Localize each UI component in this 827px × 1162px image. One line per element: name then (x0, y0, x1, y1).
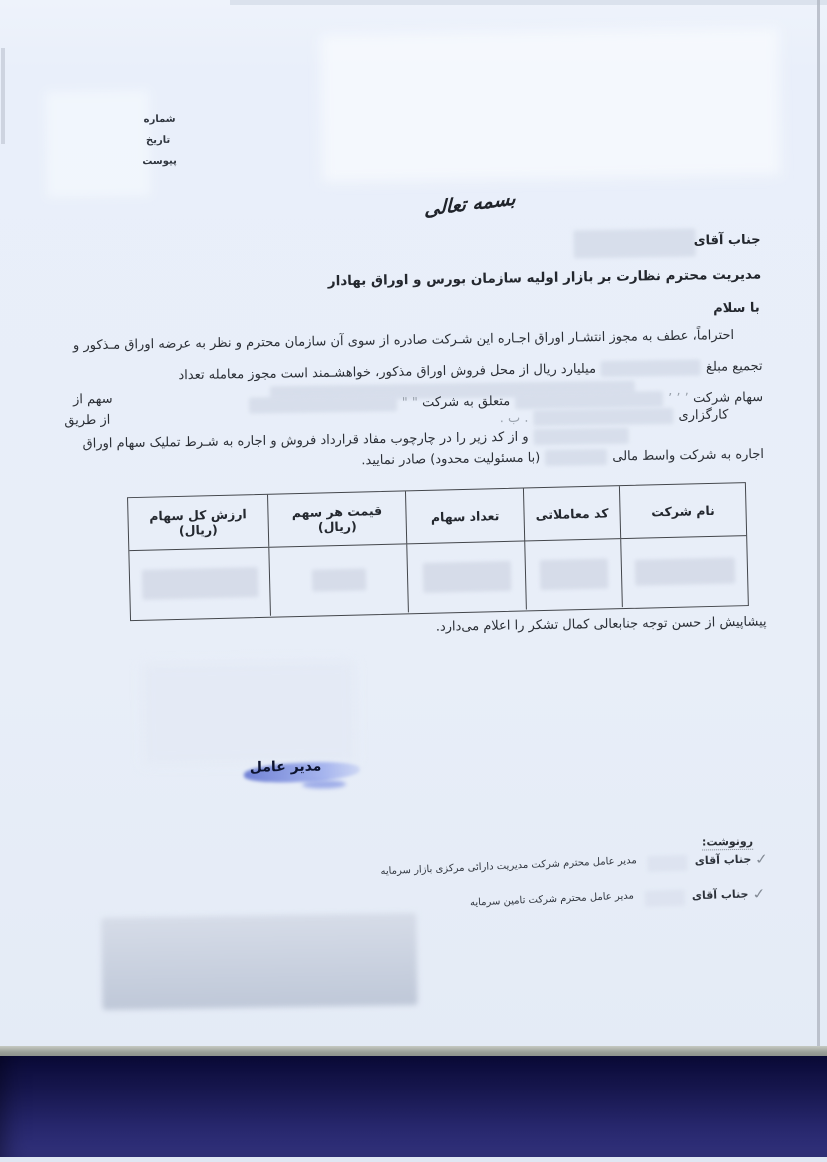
copy2-name-redaction (645, 890, 686, 907)
body-line-1: احتراماً، عطف به مجوز انتشـار اوراق اجـا… (73, 328, 734, 353)
letterhead-redaction (320, 28, 780, 182)
brokerage-redaction (533, 408, 673, 426)
copy-item-1: ✓ جناب آقای مدیر عامل محترم شرکت مدیریت … (380, 852, 767, 881)
col-header-share-count: تعداد سهام (405, 489, 524, 544)
company1-redaction (515, 391, 663, 409)
recipient-name-redaction (573, 229, 695, 259)
recipient-salutation: جناب آقای (694, 233, 761, 249)
body-line2-tail: سهم از (73, 392, 113, 408)
cell-redaction (634, 557, 735, 585)
bismillah-calligraphy: بسمه تعالی (415, 186, 525, 221)
checkmark-icon: ✓ (751, 886, 768, 903)
silver-strip (0, 1046, 827, 1056)
signature-title: مدیر عامل (250, 758, 322, 775)
label-attachment: پیوست (142, 156, 177, 168)
stamp-area-redaction (101, 913, 417, 1010)
body-line3-quotes: " " (402, 395, 418, 410)
company2-redaction (249, 395, 397, 413)
scanned-letter-page: شماره تاریخ پیوست بسمه تعالی جناب آقای م… (0, 0, 827, 1162)
body-line-5: و از کد زیر را در چارچوب مفاد قرارداد فر… (82, 428, 633, 453)
cell-price-per-share (268, 544, 408, 615)
body-line4-faint: . ب . (500, 411, 529, 426)
body-line6-lead: اجاره به شرکت واسط مالی (612, 447, 764, 464)
body-line2-lead: تجمیع مبلغ (706, 359, 763, 375)
body-line-2: تجمیع مبلغمیلیارد ریال از محل فروش اوراق… (178, 358, 762, 383)
cell-total-value (129, 548, 270, 619)
signature-redaction (142, 661, 356, 764)
copy1-name-redaction (648, 855, 689, 872)
label-number: شماره (144, 114, 176, 126)
body-line3-tail: از طریق (64, 413, 110, 429)
cell-company-name (620, 536, 748, 607)
col-header-total-value: ارزش کل سهام (ریال) (128, 495, 268, 550)
sp-company-redaction (545, 449, 607, 466)
cell-trading-code (524, 539, 622, 609)
body-line3-lead: سهام شرکت (693, 390, 763, 406)
copy2-description: مدیر عامل محترم شرکت تامین سرمایه (470, 890, 634, 908)
signature-ink-smudge (302, 780, 346, 789)
copy-to-label: رونوشت: (702, 835, 753, 851)
letter-content: شماره تاریخ پیوست بسمه تعالی جناب آقای م… (0, 0, 827, 1162)
thanks-line: پیشاپیش از حسن توجه جنابعالی کمال تشکر ر… (436, 614, 767, 634)
cell-redaction (422, 561, 511, 593)
col-header-company-name: نام شرکت (619, 483, 746, 538)
cell-redaction (311, 568, 366, 591)
securities-table: نام شرکت کد معاملاتی تعداد سهام قیمت هر … (127, 482, 749, 621)
cell-redaction (539, 558, 608, 590)
body-line-6: اجاره به شرکت واسط مالی(با مسئولیت محدود… (361, 446, 764, 468)
copy1-description: مدیر عامل محترم شرکت مدیریت دارائی مرکزی… (380, 855, 637, 877)
body-line3-dots: ٬ ٬ ٬ (668, 391, 689, 406)
body-line5-text: و از کد زیر را در چارچوب مفاد قرارداد فر… (82, 430, 528, 452)
copy2-salutation: جناب آقای (692, 887, 749, 902)
cell-redaction (141, 567, 258, 600)
body-line4-lead: کارگزاری (678, 408, 728, 424)
recipient-dept-line: مدیریت محترم نظارت بر بازار اولیه سازمان… (328, 267, 762, 290)
col-header-trading-code: کد معاملاتی (523, 486, 620, 540)
body-line6-rest: (با مسئولیت محدود) صادر نمایید. (361, 451, 540, 469)
navy-bottom-band (0, 1056, 827, 1157)
amount-redaction (601, 359, 701, 377)
label-date: تاریخ (146, 135, 170, 146)
col-header-price-per-share: قیمت هر سهم (ریال) (267, 491, 406, 546)
code-redaction (534, 428, 629, 445)
cell-share-count (406, 542, 526, 613)
body-line3-mid: متعلق به شرکت (422, 394, 510, 410)
body-line2-rest: میلیارد ریال از محل فروش اوراق مذکور، خو… (178, 362, 596, 384)
copy-item-2: ✓ جناب آقای مدیر عامل محترم شرکت تامین س… (470, 887, 765, 913)
copy1-salutation: جناب آقای (695, 853, 752, 868)
checkmark-icon: ✓ (754, 851, 771, 868)
table-data-row (129, 535, 748, 619)
body-line-4: کارگزاری. ب . (500, 407, 729, 427)
meta-labels-redaction (45, 90, 151, 198)
greeting: با سلام (713, 301, 760, 317)
